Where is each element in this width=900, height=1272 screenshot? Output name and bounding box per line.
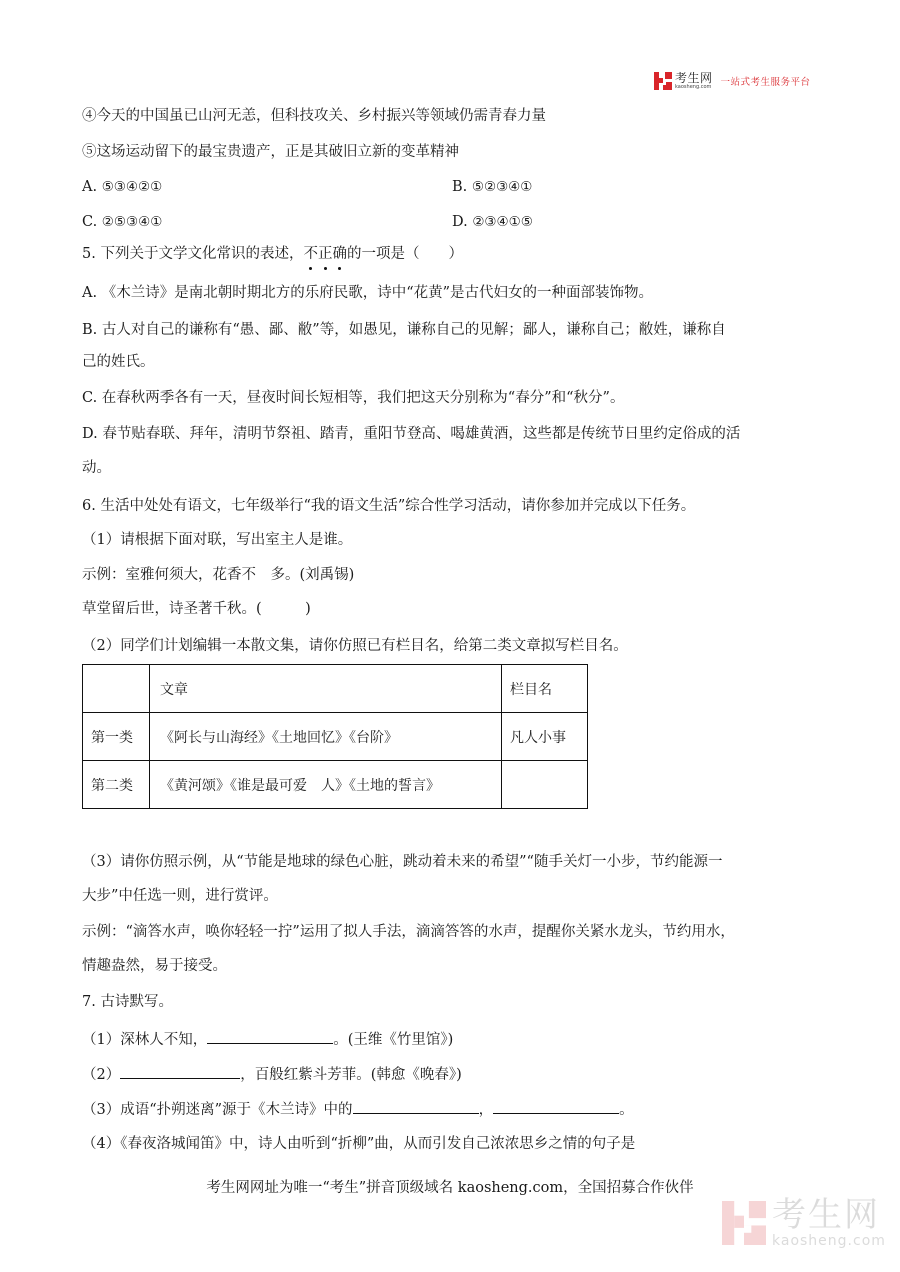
q5-option-a: A. 《木兰诗》是南北朝时期北方的乐府民歌，诗中“花黄”是古代妇女的一种面部装饰… [82, 283, 653, 303]
answer-blank[interactable] [493, 1099, 619, 1114]
header-brand-en: kaosheng.com [675, 85, 713, 90]
emphasis-char: 不 [303, 244, 318, 264]
q5-option-d: D. 春节贴春联、拜年，清明节祭祖、踏青，重阳节登高、喝雄黄酒，这些都是传统节日… [82, 424, 740, 444]
option-letter: B. [452, 179, 467, 195]
q6-part3-line2: 大步”中任选一则，进行赏评。 [82, 886, 278, 906]
table-cell-column-name-blank[interactable] [502, 761, 588, 809]
header-brand: 考生网 kaosheng.com [675, 72, 713, 90]
table-cell-category: 第一类 [83, 713, 150, 761]
emphasis-char: 正 [318, 244, 333, 264]
kaosheng-logo-icon [654, 72, 672, 90]
header-brand-cn: 考生网 [675, 72, 713, 84]
q6-example1: 示例：室雅何须大，花香不 多。(刘禹锡) [82, 565, 354, 585]
answer-blank[interactable] [207, 1029, 333, 1044]
q4-option-a: A. ⑤③④②① [82, 177, 162, 197]
q5-stem-text: 5. 下列关于文学文化常识的表述， [82, 246, 303, 262]
table-cell-column-name: 凡人小事 [502, 713, 588, 761]
q7-part1-before: （1）深林人不知， [82, 1032, 207, 1048]
table-row: 第一类 《阿长与山海经》《土地回忆》《台阶》 凡人小事 [83, 713, 588, 761]
q7-part1-after: 。(王维《竹里馆》) [333, 1032, 453, 1048]
table-header-row: 文章 栏目名 [83, 665, 588, 713]
option-letter: A. [82, 179, 97, 195]
q4-item-4: ④今天的中国虽已山河无恙，但科技攻关、乡村振兴等领域仍需青春力量 [82, 106, 546, 126]
q7-stem: 7. 古诗默写。 [82, 992, 173, 1012]
watermark-logo: 考生网 kaosheng.com [722, 1198, 886, 1248]
q7-part3: （3）成语“扑朔迷离”源于《木兰诗》中的，。 [82, 1099, 634, 1120]
q4-option-c: C. ②⑤③④① [82, 212, 162, 232]
q6-stem: 6. 生活中处处有语文，七年级举行“我的语文生活”综合性学习活动，请你参加并完成… [82, 496, 695, 516]
option-value: ②⑤③④① [102, 214, 163, 230]
option-letter: D. [452, 214, 468, 230]
q6-part2: （2）同学们计划编辑一本散文集，请你仿照已有栏目名，给第二类文章拟写栏目名。 [82, 636, 628, 656]
q7-part1: （1）深林人不知，。(王维《竹里馆》) [82, 1029, 453, 1050]
category-table: 文章 栏目名 第一类 《阿长与山海经》《土地回忆》《台阶》 凡人小事 第二类 《… [82, 664, 588, 809]
table-row: 第二类 《黄河颂》《谁是最可爱 人》《土地的誓言》 [83, 761, 588, 809]
q7-part3-mid: ， [479, 1102, 494, 1118]
header-slogan: 一站式考生服务平台 [721, 74, 811, 88]
table-cell-category: 第二类 [83, 761, 150, 809]
q7-part2: （2），百般红紫斗芳菲。(韩愈《晚春》) [82, 1064, 462, 1085]
q6-part1: （1）请根据下面对联，写出室主人是谁。 [82, 530, 352, 550]
table-header-column-name: 栏目名 [502, 665, 588, 713]
q7-part3-after: 。 [619, 1102, 634, 1118]
q6-example3-line2: 情趣盎然，易于接受。 [82, 956, 227, 976]
emphasis-char: 确 [332, 244, 347, 264]
q5-option-b: B. 古人对自己的谦称有“愚、鄙、敝”等，如愚见，谦称自己的见解；鄙人，谦称自己… [82, 320, 726, 340]
footer-text: 考生网网址为唯一“考生”拼音顶级域名 kaosheng.com，全国招募合作伙伴 [0, 1176, 900, 1197]
table-cell-articles: 《黄河颂》《谁是最可爱 人》《土地的誓言》 [150, 761, 502, 809]
q7-part4: （4）《春夜洛城闻笛》中，诗人由听到“折柳”曲，从而引发自己浓浓思乡之情的句子是 [82, 1134, 635, 1154]
q5-stem: 5. 下列关于文学文化常识的表述，不正确的一项是（ ） [82, 244, 463, 264]
q7-part3-before: （3）成语“扑朔迷离”源于《木兰诗》中的 [82, 1102, 353, 1118]
q5-option-c: C. 在春秋两季各有一天，昼夜时间长短相等，我们把这天分别称为“春分”和“秋分”… [82, 388, 624, 408]
q5-stem-text-end: 的一项是（ ） [347, 246, 463, 262]
q4-option-d: D. ②③④①⑤ [452, 212, 533, 232]
option-value: ⑤③④②① [102, 179, 163, 195]
q7-part2-before: （2） [82, 1067, 120, 1083]
answer-blank[interactable] [120, 1064, 240, 1079]
option-value: ⑤②③④① [472, 179, 533, 195]
table-cell-articles: 《阿长与山海经》《土地回忆》《台阶》 [150, 713, 502, 761]
option-letter: C. [82, 214, 97, 230]
kaosheng-watermark-icon [722, 1199, 766, 1247]
q6-couplet: 草堂留后世，诗圣著千秋。( ) [82, 599, 311, 619]
answer-blank[interactable] [353, 1099, 479, 1114]
q7-part2-after: ，百般红紫斗芳菲。(韩愈《晚春》) [240, 1067, 462, 1083]
watermark-brand-cn: 考生网 [772, 1198, 886, 1232]
q5-option-b-cont: 己的姓氏。 [82, 352, 155, 372]
header-logo: 考生网 kaosheng.com 一站式考生服务平台 [654, 70, 811, 92]
document-page: 考生网 kaosheng.com 一站式考生服务平台 ④今天的中国虽已山河无恙，… [0, 0, 900, 1272]
table-cell [83, 665, 150, 713]
watermark-brand: 考生网 kaosheng.com [772, 1198, 886, 1248]
q4-option-b: B. ⑤②③④① [452, 177, 532, 197]
q6-part3-line1: （3）请你仿照示例，从“节能是地球的绿色心脏，跳动着未来的希望”“随手关灯一小步… [82, 852, 722, 872]
table-header-articles: 文章 [150, 665, 502, 713]
option-value: ②③④①⑤ [472, 214, 533, 230]
q6-example3-line1: 示例：“滴答水声，唤你轻轻一拧”运用了拟人手法，滴滴答答的水声，提醒你关紧水龙头… [82, 922, 735, 942]
q5-option-d-cont: 动。 [82, 458, 111, 478]
q4-item-5: ⑤这场运动留下的最宝贵遗产，正是其破旧立新的变革精神 [82, 142, 459, 162]
watermark-brand-en: kaosheng.com [772, 1234, 886, 1248]
